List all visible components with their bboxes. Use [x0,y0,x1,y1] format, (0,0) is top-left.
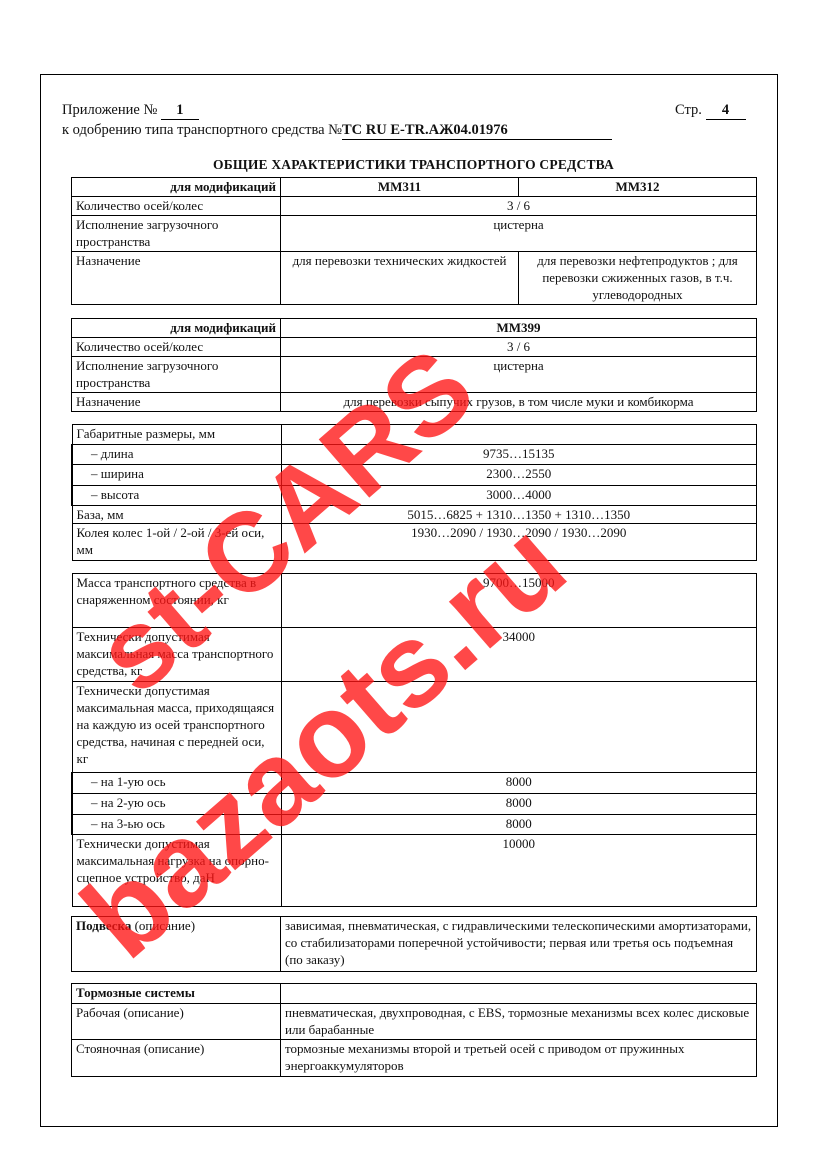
modification-header-label: для модификаций [72,319,281,338]
appendix-label: Приложение № [62,102,157,118]
axles-label: Количество осей/колес [72,338,281,357]
page-number: 4 [706,101,746,120]
suspension-value: зависимая, пневматическая, с гидравличес… [281,917,757,972]
track-value: 1930…2090 / 1930…2090 / 1930…2090 [281,524,757,561]
modifications-table-1: для модификаций ММ311 ММ312 Количество о… [71,177,757,305]
page-number-line: Стр. 4 [675,101,746,120]
width-value: 2300…2550 [281,465,757,486]
parking-brake-value: тормозные механизмы второй и третьей осе… [281,1040,757,1077]
suspension-label-bold: Подвеска [76,918,131,933]
height-value: 3000…4000 [281,486,757,506]
parking-brake-label: Стояночная (описание) [72,1040,281,1077]
track-label: Колея колес 1-ой / 2-ой / 3-ей оси, мм [72,524,281,561]
max-mass-value: 34000 [281,628,757,682]
modification-mm311: ММ311 [281,178,519,197]
modification-mm312: ММ312 [519,178,757,197]
length-label: – длина [72,445,281,465]
purpose-mm311: для перевозки технических жидкостей [281,252,519,305]
axle-1-value: 8000 [281,773,757,794]
coupling-load-label: Технически допустимая максимальная нагру… [72,835,281,907]
curb-mass-label: Масса транспортного средства в снаряженн… [72,574,281,628]
coupling-load-value: 10000 [281,835,757,907]
axles-label: Количество осей/колес [72,197,281,216]
appendix-line: Приложение № 1 [62,101,199,120]
curb-mass-value: 9700…15000 [281,574,757,628]
suspension-table: Подвеска (описание) зависимая, пневматич… [71,916,757,972]
wheelbase-label: База, мм [72,506,281,524]
modification-header-label: для модификаций [72,178,281,197]
modifications-table-2: для модификаций ММ399 Количество осей/ко… [71,318,757,412]
axle-2-label: – на 2-ую ось [72,794,281,815]
approval-line: к одобрению типа транспортного средства … [62,121,612,140]
body-type-value: цистерна [281,216,757,252]
brakes-table: Тормозные системы Рабочая (описание) пне… [71,983,757,1077]
axles-value: 3 / 6 [281,338,757,357]
axle-3-label: – на 3-ью ось [72,815,281,835]
purpose-mm312: для перевозки нефтепродуктов ; для перев… [519,252,757,305]
width-label: – ширина [72,465,281,486]
height-label: – высота [72,486,281,506]
body-type-label: Исполнение загрузочного пространства [72,216,281,252]
approval-number: ТС RU E-TR.АЖ04.01976 [342,121,612,140]
suspension-label-rest: (описание) [131,918,195,933]
purpose-label: Назначение [72,252,281,305]
purpose-value: для перевозки сыпучих грузов, в том числ… [281,393,757,412]
approval-label: к одобрению типа транспортного средства … [62,122,342,138]
appendix-number: 1 [161,101,199,120]
axle-1-label: – на 1-ую ось [72,773,281,794]
body-type-label: Исполнение загрузочного пространства [72,357,281,393]
dimensions-label: Габаритные размеры, мм [72,425,281,445]
service-brake-label: Рабочая (описание) [72,1004,281,1040]
page-label: Стр. [675,102,702,118]
axles-value: 3 / 6 [281,197,757,216]
axle-mass-label: Технически допустимая максимальная масса… [72,682,281,773]
page-title: ОБЩИЕ ХАРАКТЕРИСТИКИ ТРАНСПОРТНОГО СРЕДС… [0,157,827,173]
modification-mm399: ММ399 [281,319,757,338]
brakes-label: Тормозные системы [72,984,281,1004]
wheelbase-value: 5015…6825 + 1310…1350 + 1310…1350 [281,506,757,524]
suspension-label: Подвеска (описание) [72,917,281,972]
mass-table: Масса транспортного средства в снаряженн… [71,573,757,907]
service-brake-value: пневматическая, двухпроводная, с EBS, то… [281,1004,757,1040]
length-value: 9735…15135 [281,445,757,465]
max-mass-label: Технически допустимая максимальная масса… [72,628,281,682]
purpose-label: Назначение [72,393,281,412]
dimensions-table: Габаритные размеры, мм – длина 9735…1513… [71,424,757,561]
body-type-value: цистерна [281,357,757,393]
axle-3-value: 8000 [281,815,757,835]
axle-2-value: 8000 [281,794,757,815]
